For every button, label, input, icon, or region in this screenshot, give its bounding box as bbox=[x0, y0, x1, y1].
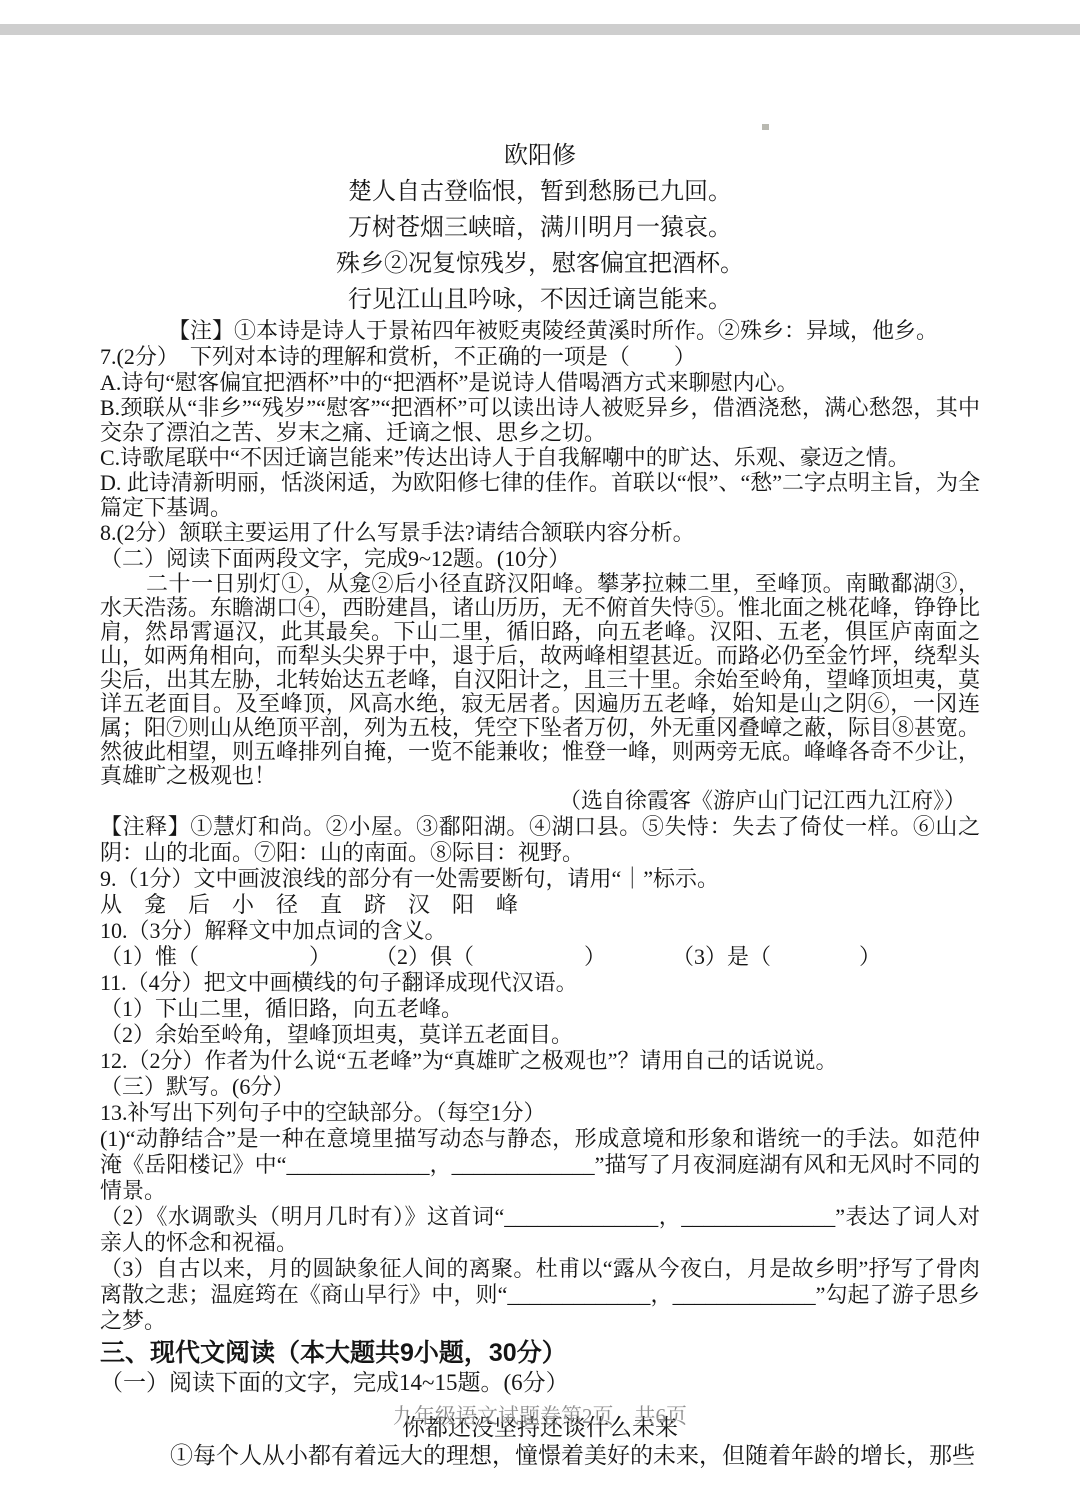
page-footer: 九年级语文试题卷第2页 共6页 bbox=[0, 1404, 1080, 1428]
exam-page-scan: 欧阳修 楚人自古登临恨，暂到愁肠已九回。 万树苍烟三峡暗，满川明月一猿哀。 殊乡… bbox=[0, 0, 1080, 1504]
question-10-stem: 10.（3分）解释文中加点词的含义。 bbox=[100, 918, 980, 944]
question-11-stem: 11.（4分）把文中画横线的句子翻译成现代汉语。 bbox=[100, 970, 980, 996]
poem-line: 殊乡②况复惊残岁，慰客偏宜把酒杯。 bbox=[100, 246, 980, 282]
question-11-item-1: （1）下山二里，循旧路，向五老峰。 bbox=[100, 996, 980, 1022]
question-7-option-a: A.诗句“慰客偏宜把酒杯”中的“把酒杯”是说诗人借喝酒方式来聊慰内心。 bbox=[100, 370, 980, 395]
section-2-heading: （二）阅读下面两段文字，完成9~12题。(10分） bbox=[100, 546, 980, 572]
question-10-blanks: （1）惟（ ） （2）俱（ ） （3）是（ ） bbox=[100, 944, 980, 970]
poem-line: 楚人自古登临恨，暂到愁肠已九回。 bbox=[100, 174, 980, 210]
question-13-stem: 13.补写出下列句子中的空缺部分。（每空1分） bbox=[100, 1100, 980, 1126]
passage-notes: 【注释】①慧灯和尚。②小屋。③鄱阳湖。④湖口县。⑤失恃：失去了倚仗一样。⑥山之阴… bbox=[100, 814, 980, 866]
question-7-option-b: B.颈联从“非乡”“残岁”“慰客”“把酒杯”可以读出诗人被贬异乡，借酒浇愁，满心… bbox=[100, 395, 980, 445]
question-11-item-2: （2）余始至岭角，望峰顶坦夷，莫详五老面目。 bbox=[100, 1022, 980, 1048]
poem-note: 【注】①本诗是诗人于景祐四年被贬夷陵经黄溪时所作。②殊乡：异域，他乡。 bbox=[100, 318, 980, 344]
question-8-stem: 8.(2分）颔联主要运用了什么写景手法?请结合颔联内容分析。 bbox=[100, 520, 980, 546]
poem-author: 欧阳修 bbox=[100, 138, 980, 174]
poem-line: 万树苍烟三峡暗，满川明月一猿哀。 bbox=[100, 210, 980, 246]
section-3-heading: （三）默写。(6分） bbox=[100, 1074, 980, 1100]
question-7-option-d: D. 此诗清新明丽，恬淡闲适，为欧阳修七律的佳作。首联以“恨”、“愁”二字点明主… bbox=[100, 470, 980, 520]
scan-artifact-dot bbox=[762, 124, 769, 130]
question-13-item-3: （3）自古以来，月的圆缺象征人间的离聚。杜甫以“露从今夜白，月是故乡明”抒写了骨… bbox=[100, 1256, 980, 1334]
classical-passage: 二十一日别灯①，从龛②后小径直跻汉阳峰。攀茅拉棘二里，至峰顶。南瞰鄱湖③，水天浩… bbox=[100, 572, 980, 788]
passage-source: （选自徐霞客《游庐山门记江西九江府》） bbox=[100, 788, 980, 814]
question-13-item-2: （2）《水调歌头（明月几时有）》这首词“______________，_____… bbox=[100, 1204, 980, 1256]
question-9-sentence: 从 龛 后 小 径 直 跻 汉 阳 峰 bbox=[100, 892, 980, 918]
section-modern-reading-heading: 三、现代文阅读（本大题共9小题，30分） bbox=[100, 1338, 980, 1368]
poem-line: 行见江山且吟咏，不因迁谪岂能来。 bbox=[100, 282, 980, 318]
question-7-option-c: C.诗歌尾联中“不因迁谪岂能来”传达出诗人于自我解嘲中的旷达、乐观、豪迈之情。 bbox=[100, 445, 980, 470]
section-modern-reading-sub: （一）阅读下面的文字，完成14~15题。(6分） bbox=[100, 1368, 980, 1398]
scan-top-gray-bar bbox=[0, 24, 1080, 35]
exam-content-column: 欧阳修 楚人自古登临恨，暂到愁肠已九回。 万树苍烟三峡暗，满川明月一猿哀。 殊乡… bbox=[100, 138, 980, 1469]
question-7-stem: 7.(2分） 下列对本诗的理解和赏析，不正确的一项是（ ） bbox=[100, 344, 980, 370]
question-13-item-1: (1)“动静结合”是一种在意境里描写动态与静态，形成意境和形象和谐统一的手法。如… bbox=[100, 1126, 980, 1204]
poem-block: 欧阳修 楚人自古登临恨，暂到愁肠已九回。 万树苍烟三峡暗，满川明月一猿哀。 殊乡… bbox=[100, 138, 980, 318]
essay-first-line: ①每个人从小都有着远大的理想，憧憬着美好的未来，但随着年龄的增长，那些 bbox=[100, 1442, 980, 1469]
question-12-stem: 12.（2分）作者为什么说“五老峰”为“真雄旷之极观也”？请用自己的话说说。 bbox=[100, 1048, 980, 1074]
question-9-stem: 9.（1分）文中画波浪线的部分有一处需要断句，请用“｜”标示。 bbox=[100, 866, 980, 892]
